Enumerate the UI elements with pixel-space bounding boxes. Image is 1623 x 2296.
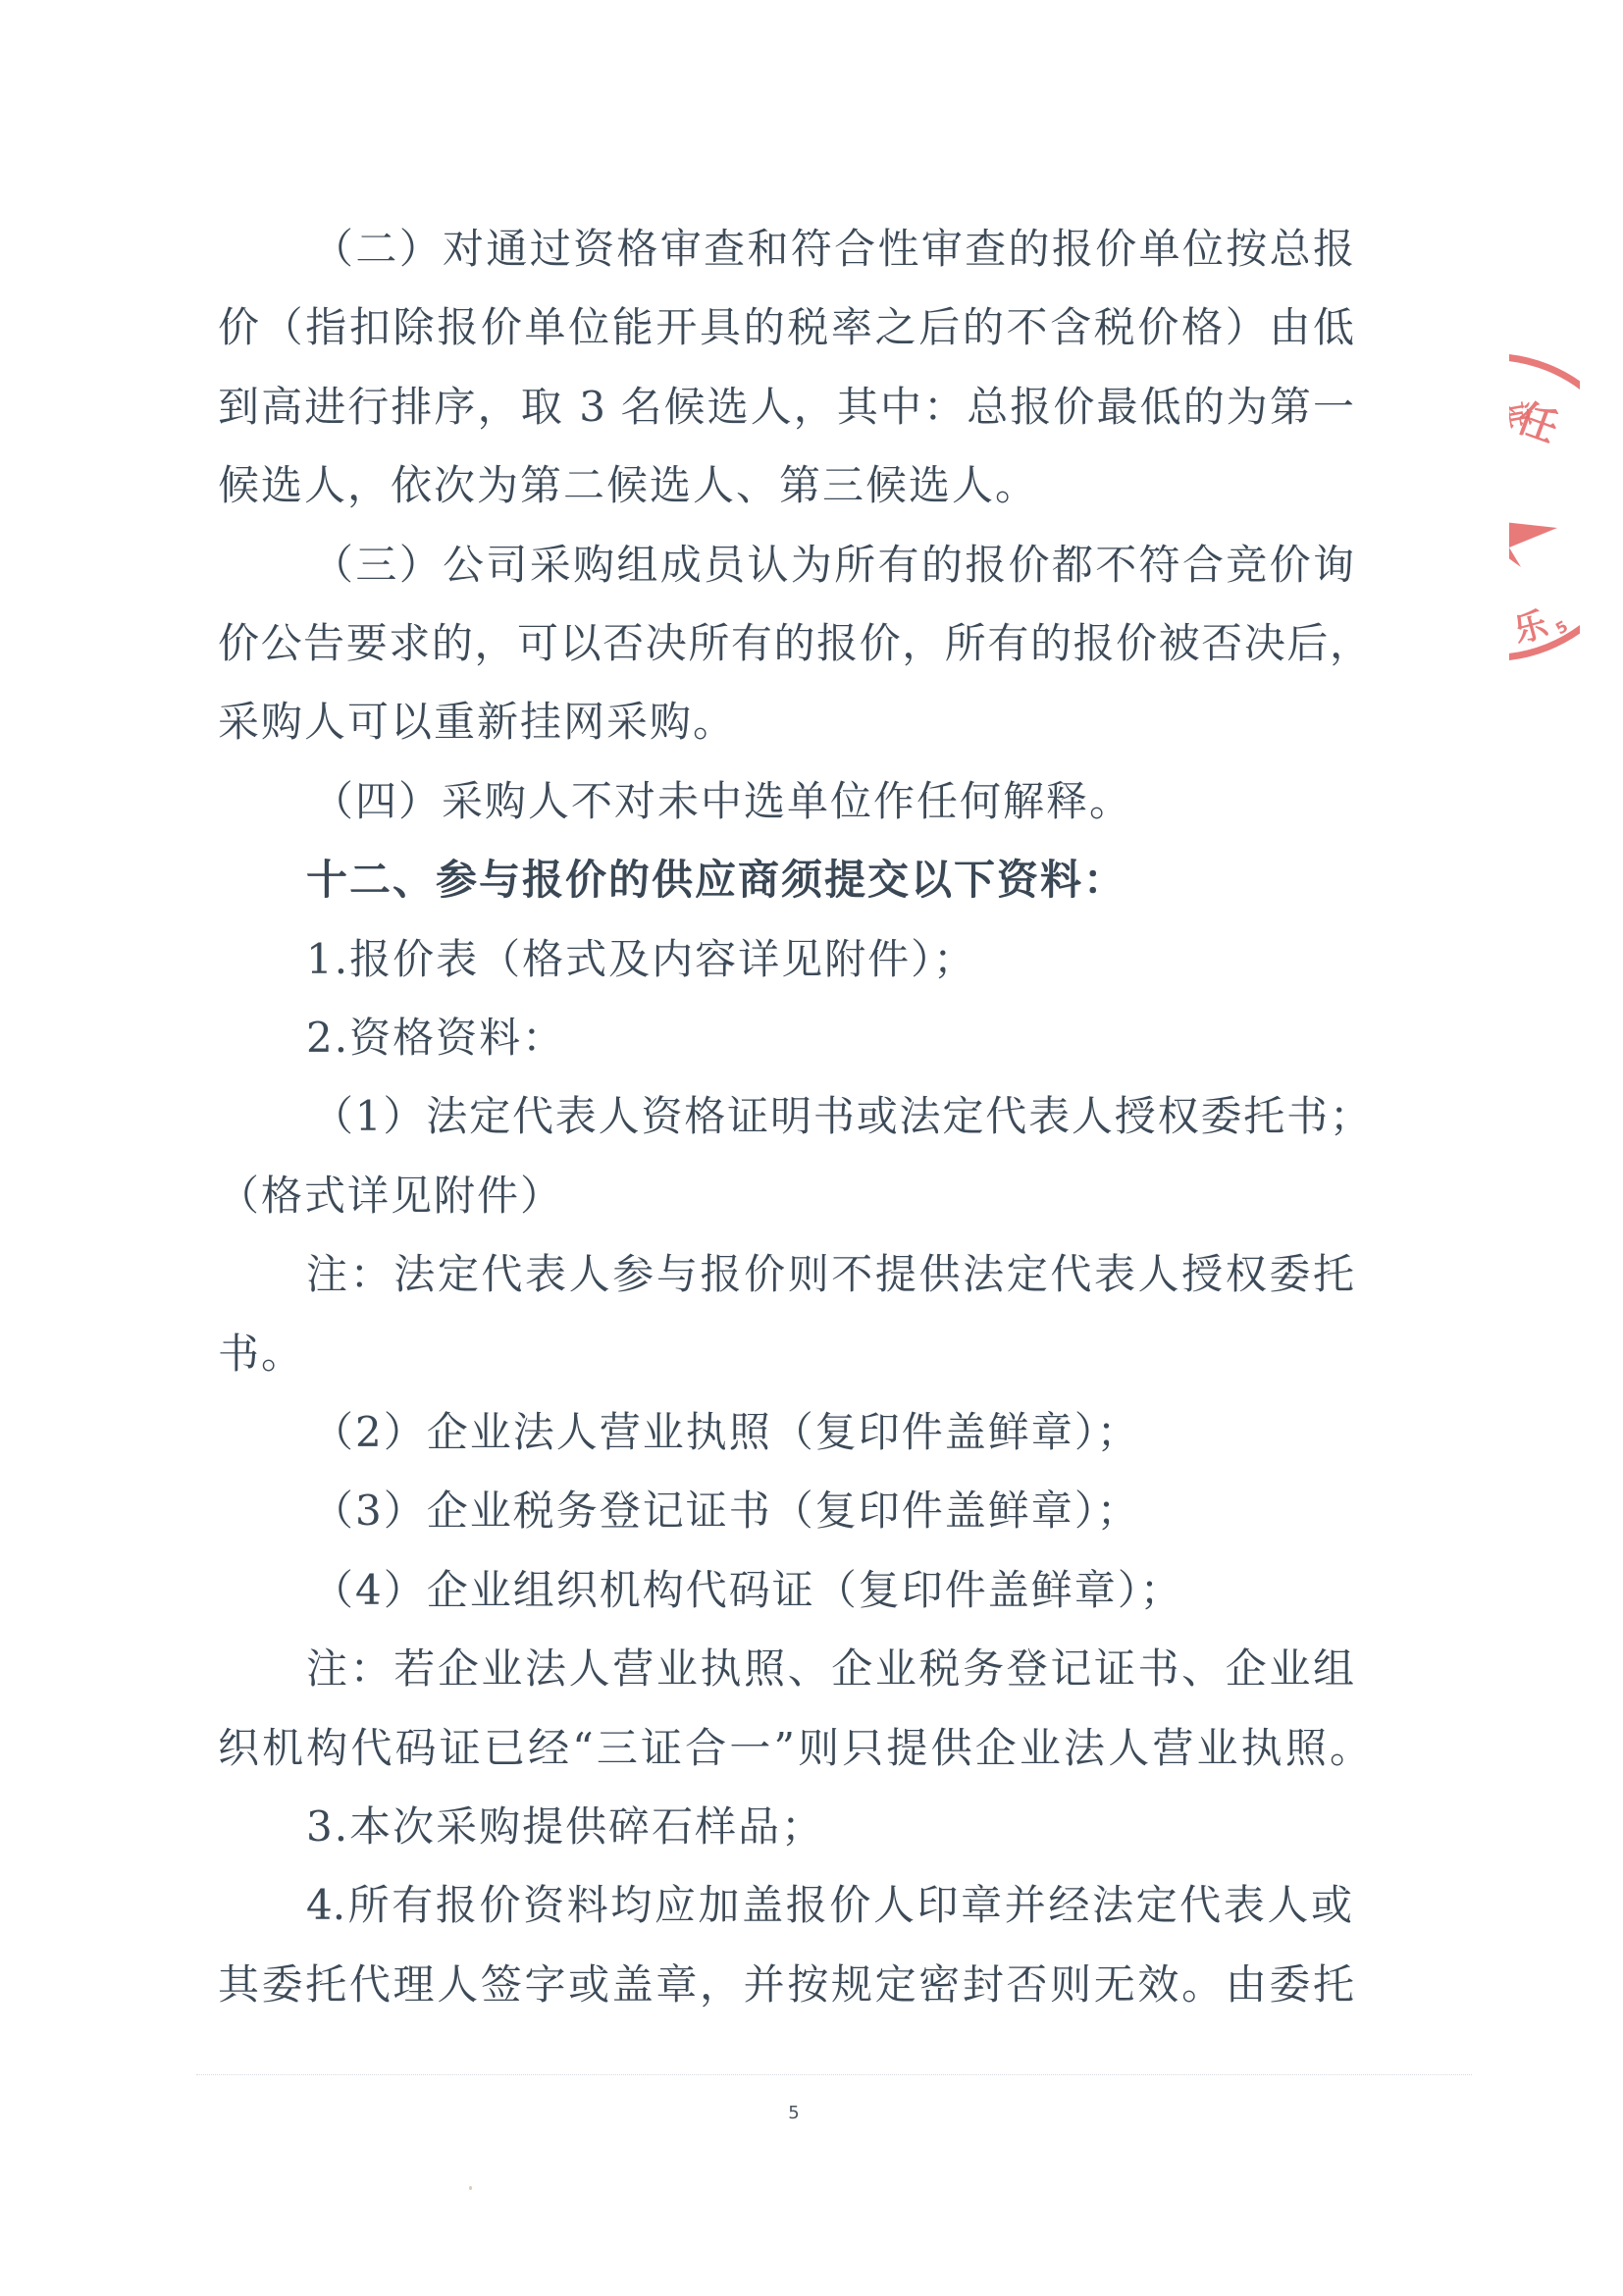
document-page: （二）对通过资格审查和符合性审查的报价单位按总报 价（指扣除报价单位能开具的税率… — [0, 0, 1623, 2296]
seal-stamp-fragment: 任 证 乐 5 — [1509, 343, 1580, 677]
paragraph-line: （三）公司采购组成员认为所有的报价都不符合竞价询 — [312, 536, 1354, 595]
paragraph-line: 价公告要求的，可以否决所有的报价，所有的报价被否决后， — [218, 614, 1371, 673]
list-item: （4）企业组织机构代码证（复印件盖鲜章）； — [312, 1561, 1183, 1620]
note-line: 书。 — [218, 1325, 304, 1383]
paragraph-line: 采购人可以重新挂网采购。 — [218, 693, 736, 752]
paragraph-line: 到高进行排序，取 3 名候选人，其中：总报价最低的为第一 — [218, 378, 1354, 437]
paragraph-line: 其委托代理人签字或盖章，并按规定密封否则无效。由委托 — [218, 1956, 1354, 2014]
star-icon — [1509, 500, 1572, 569]
note-line: 织机构代码证已经“三证合一”则只提供企业法人营业执照。 — [218, 1719, 1371, 1778]
paragraph-line: 候选人，依次为第二候选人、第三候选人。 — [218, 456, 1038, 515]
list-item: （3）企业税务登记证书（复印件盖鲜章）； — [312, 1482, 1140, 1540]
list-item: 3.本次采购提供碎石样品； — [306, 1798, 824, 1856]
note-line: 注：法定代表人参与报价则不提供法定代表人授权委托 — [306, 1245, 1354, 1304]
list-item: （1）法定代表人资格证明书或法定代表人授权委托书； — [312, 1087, 1371, 1146]
note-line: 注：若企业法人营业执照、企业税务登记证书、企业组 — [306, 1640, 1354, 1698]
list-item: 2.资格资料： — [306, 1009, 565, 1068]
list-item: （2）企业法人营业执照（复印件盖鲜章）； — [312, 1403, 1140, 1462]
paragraph-line: 价（指扣除报价单位能开具的税率之后的不含税价格）由低 — [218, 298, 1354, 357]
list-item: 4.所有报价资料均应加盖报价人印章并经法定代表人或 — [306, 1876, 1352, 1935]
paragraph-line: （二）对通过资格审查和符合性审查的报价单位按总报 — [312, 220, 1354, 279]
scan-speck — [469, 2186, 472, 2190]
paragraph-line: （四）采购人不对未中选单位作任何解释。 — [312, 772, 1132, 831]
paragraph-line: （格式详见附件） — [218, 1167, 563, 1226]
page-number: 5 — [782, 2103, 806, 2123]
list-item: 1.报价表（格式及内容详见附件）； — [306, 930, 976, 989]
section-heading: 十二、参与报价的供应商须提交以下资料： — [306, 851, 1126, 910]
footer-divider — [196, 2074, 1472, 2075]
